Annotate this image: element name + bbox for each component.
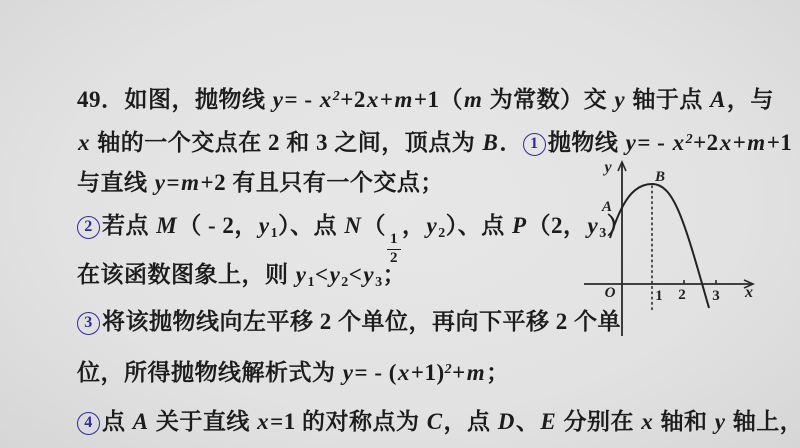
text-segment: m xyxy=(180,170,200,195)
text-segment: ）、点 xyxy=(446,213,511,238)
text-segment: ； xyxy=(383,262,407,287)
text-segment: ． xyxy=(499,130,523,155)
problem-line: 49．如图，抛物线 y= - x2+2x+m+1（m 为常数）交 y 轴于点 A… xyxy=(77,80,774,114)
text-segment: 1 xyxy=(307,275,315,290)
text-segment: +1) xyxy=(411,360,445,385)
text-segment: 关于直线 xyxy=(150,409,257,434)
text-segment: ； xyxy=(486,360,510,385)
text-segment: 2 xyxy=(686,132,694,147)
x-axis-label: x xyxy=(744,284,753,301)
text-segment: 轴于点 xyxy=(626,87,709,112)
text-segment: 若点 xyxy=(102,213,155,238)
text-segment: C xyxy=(426,409,444,434)
text-segment: 为常数）交 xyxy=(483,87,613,112)
text-segment: m xyxy=(463,87,483,112)
text-segment: 轴上， xyxy=(726,409,800,434)
text-segment: y xyxy=(258,213,271,238)
text-segment: ，与 xyxy=(727,87,774,112)
problem-line: 4点 A 关于直线 x=1 的对称点为 C，点 D、E 分别在 x 轴和 y 轴… xyxy=(77,405,800,439)
text-segment: y xyxy=(362,262,375,287)
text-segment: ）、点 xyxy=(278,213,343,238)
text-segment: A xyxy=(709,87,727,112)
text-segment: y xyxy=(154,170,167,195)
circled-number: 3 xyxy=(77,312,100,335)
text-segment: 点 xyxy=(102,409,132,434)
text-segment: + xyxy=(380,87,394,112)
text-segment: x xyxy=(77,130,91,155)
tick-label-3: 3 xyxy=(712,288,720,304)
text-segment: m xyxy=(466,360,486,385)
text-segment: y xyxy=(272,87,285,112)
text-segment: D xyxy=(497,409,516,434)
text-segment: N xyxy=(343,213,362,238)
text-segment: ，点 xyxy=(444,409,497,434)
text-segment: （ - 2， xyxy=(178,213,258,238)
tick-label-1: 1 xyxy=(655,288,663,304)
text-segment: 1 xyxy=(271,226,279,241)
text-segment: m xyxy=(393,87,413,112)
text-segment: y xyxy=(714,409,727,434)
text-segment: 3 xyxy=(375,275,383,290)
text-segment: B xyxy=(482,130,500,155)
text-segment: = - ( xyxy=(354,360,396,385)
text-segment: x xyxy=(319,87,333,112)
text-segment: 49．如图，抛物线 xyxy=(77,87,272,112)
text-segment: y xyxy=(342,360,355,385)
text-segment: 轴的一个交点在 2 和 3 之间，顶点为 xyxy=(91,130,482,155)
text-segment: x xyxy=(397,360,411,385)
text-segment: 与直线 xyxy=(77,170,154,195)
text-segment: 2 xyxy=(438,226,446,241)
text-segment: + xyxy=(452,360,466,385)
origin-label: O xyxy=(605,285,616,301)
problem-line: 与直线 y=m+2 有且只有一个交点； xyxy=(77,166,444,200)
text-segment: y xyxy=(425,213,438,238)
circled-number: 2 xyxy=(77,216,100,239)
text-segment: 分别在 xyxy=(557,409,640,434)
text-segment: < xyxy=(349,262,363,287)
text-segment: A xyxy=(132,409,150,434)
text-segment: x xyxy=(256,409,270,434)
problem-line: 在该函数图象上，则 y1<y2<y3； xyxy=(77,258,406,292)
text-segment: 2 xyxy=(341,275,349,290)
text-segment: y xyxy=(295,262,308,287)
circled-number: 4 xyxy=(77,412,100,435)
text-segment: = xyxy=(166,170,180,195)
text-segment: y xyxy=(329,262,342,287)
text-segment: < xyxy=(315,262,329,287)
problem-line: 位，所得抛物线解析式为 y= - (x+1)2+m； xyxy=(77,353,510,387)
tick-label-2: 2 xyxy=(678,287,686,303)
text-segment: x xyxy=(366,87,380,112)
text-segment: 将该抛物线向左平移 2 个单位，再向下平移 2 个单 xyxy=(102,309,621,334)
text-segment: E xyxy=(539,409,557,434)
text-segment: +2 xyxy=(340,87,366,112)
problem-line: 3将该抛物线向左平移 2 个单位，再向下平移 2 个单 xyxy=(77,305,621,339)
text-segment: 、 xyxy=(516,409,540,434)
point-b-label: B xyxy=(654,169,665,185)
text-segment: 在该函数图象上，则 xyxy=(77,262,295,287)
circled-number: 1 xyxy=(523,133,546,156)
text-segment: 位，所得抛物线解析式为 xyxy=(77,360,342,385)
text-segment: = - xyxy=(284,87,318,112)
point-a-label: A xyxy=(601,199,612,215)
parabola-graph: y x O A B 1 2 3 xyxy=(578,150,763,342)
text-segment: +2 有且只有一个交点； xyxy=(200,170,443,195)
problem-line: 2若点 M（ - 2，y1）、点 N（12，y2）、点 P（2，y3） xyxy=(77,209,630,243)
text-segment: M xyxy=(155,213,178,238)
text-segment: x xyxy=(640,409,654,434)
text-segment: 轴和 xyxy=(654,409,714,434)
text-segment: =1 的对称点为 xyxy=(270,409,426,434)
text-segment: P xyxy=(511,213,528,238)
text-segment: （ xyxy=(362,213,386,238)
text-segment: +1（ xyxy=(414,87,463,112)
text-segment: +1 xyxy=(767,130,793,155)
fraction-numerator: 1 xyxy=(387,232,401,250)
text-segment: ， xyxy=(402,213,426,238)
y-axis-label: y xyxy=(602,159,612,176)
text-segment: y xyxy=(613,87,626,112)
